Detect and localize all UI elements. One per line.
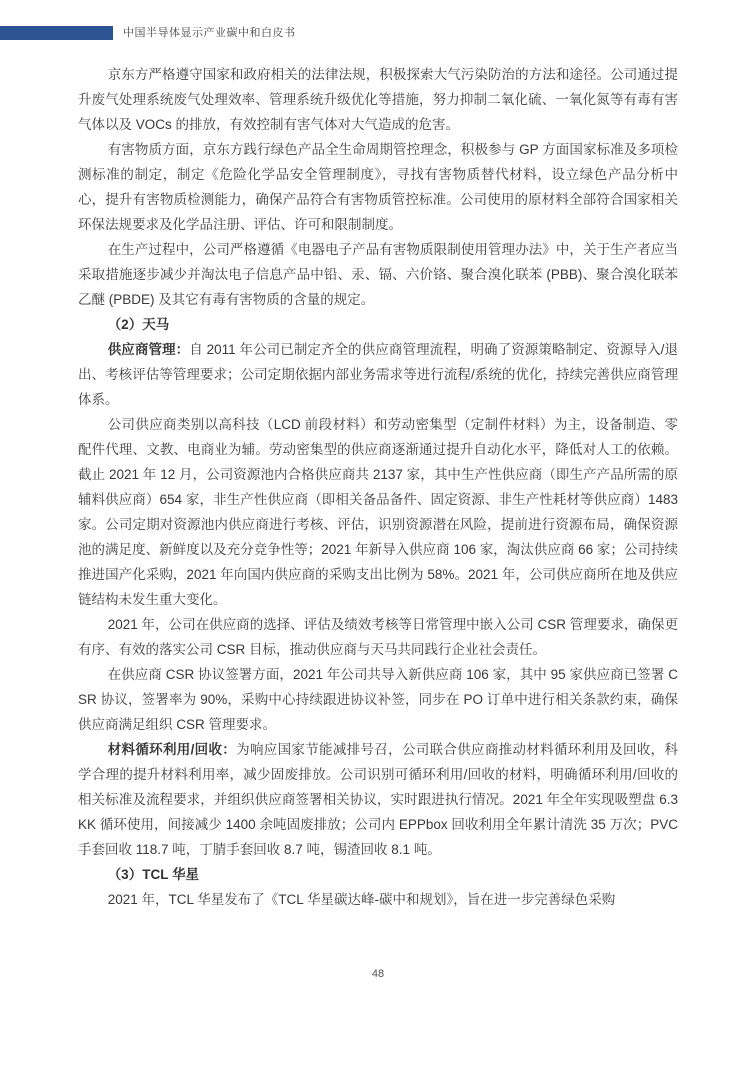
paragraph: 在供应商 CSR 协议签署方面，2021 年公司共导入新供应商 106 家，其中… [78, 662, 678, 737]
body-text: 京东方严格遵守国家和政府相关的法律法规，积极探索大气污染防治的方法和途径。公司通… [78, 62, 678, 912]
document-page: 中国半导体显示产业碳中和白皮书 京东方严格遵守国家和政府相关的法律法规，积极探索… [0, 0, 756, 1068]
paragraph: 在生产过程中，公司严格遵循《电器电子产品有害物质限制使用管理办法》中，关于生产者… [78, 237, 678, 312]
paragraph: 有害物质方面，京东方践行绿色产品全生命周期管控理念，积极参与 GP 方面国家标准… [78, 137, 678, 237]
paragraph: 材料循环利用/回收：为响应国家节能减排号召，公司联合供应商推动材料循环利用及回收… [78, 737, 678, 862]
header-accent-bar [0, 26, 113, 40]
paragraph-text: 为响应国家节能减排号召，公司联合供应商推动材料循环利用及回收，科学合理的提升材料… [78, 742, 678, 857]
page-header: 中国半导体显示产业碳中和白皮书 [0, 0, 756, 52]
paragraph-lead: 材料循环利用/回收： [108, 742, 236, 757]
paragraph: 2021 年，公司在供应商的选择、评估及绩效考核等日常管理中嵌入公司 CSR 管… [78, 612, 678, 662]
paragraph: 2021 年，TCL 华星发布了《TCL 华星碳达峰-碳中和规划》，旨在进一步完… [78, 887, 678, 912]
paragraph-lead: 供应商管理： [108, 342, 190, 357]
paragraph: 京东方严格遵守国家和政府相关的法律法规，积极探索大气污染防治的方法和途径。公司通… [78, 62, 678, 137]
section-heading-tianma: （2）天马 [78, 312, 678, 337]
page-number: 48 [0, 968, 756, 980]
section-heading-tcl: （3）TCL 华星 [78, 862, 678, 887]
paragraph: 供应商管理：自 2011 年公司已制定齐全的供应商管理流程，明确了资源策略制定、… [78, 337, 678, 412]
paragraph: 公司供应商类别以高科技（LCD 前段材料）和劳动密集型（定制件材料）为主，设备制… [78, 412, 678, 612]
document-title: 中国半导体显示产业碳中和白皮书 [123, 27, 296, 40]
